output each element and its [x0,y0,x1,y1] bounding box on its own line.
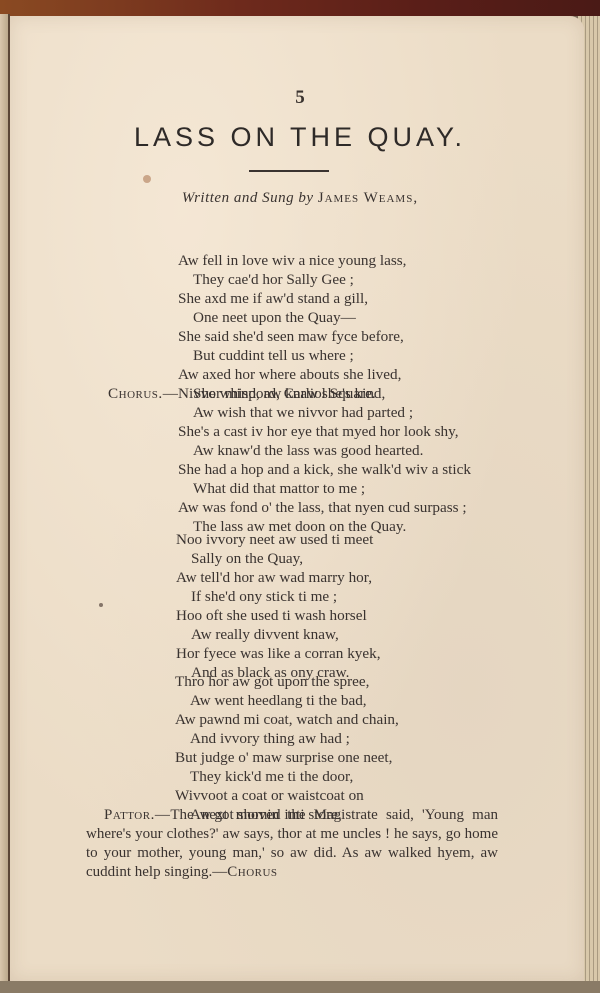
verse-line: Hoo oft she used ti wash horsel [176,606,381,625]
chorus-line: Aw knaw'd the lass was good hearted. [178,441,471,460]
chorus: Nivvor mind, aw knaw she's kind, Aw wish… [178,384,471,536]
patter-paragraph: Pattor.—The next mornin the Magistrate s… [86,806,498,882]
verse-line: They cae'd hor Sally Gee ; [178,270,406,289]
verse-2: Noo ivvory neet aw used ti meet Sally on… [176,530,381,682]
chorus-line: Aw was fond o' the lass, that nyen cud s… [178,498,471,517]
verse-1: Aw fell in love wiv a nice young lass, T… [178,251,406,403]
verse-line: Aw really divvent knaw, [176,625,381,644]
verse-line: But judge o' maw surprise one neet, [175,748,399,767]
book-spine [0,14,10,993]
verse-line: Aw pawnd mi coat, watch and chain, [175,710,399,729]
chorus-line: She had a hop and a kick, she walk'd wiv… [178,460,471,479]
verse-line: Aw went heedlang ti the bad, [175,691,399,710]
book-binding-top [0,0,600,16]
book-bottom-edge [0,981,600,993]
verse-line: Aw axed hor where abouts she lived, [178,365,406,384]
stain-mark [143,175,151,183]
verse-line: If she'd ony stick ti me ; [176,587,381,606]
byline-prefix: Written and Sung by [182,190,314,206]
byline: Written and Sung by James Weams, [0,190,600,207]
author-name: James Weams, [318,190,418,206]
title-divider [249,170,329,172]
verse-line: One neet upon the Quay— [178,308,406,327]
verse-line: Thro hor aw got upon the spree, [175,672,399,691]
page-number: 5 [0,87,600,109]
verse-line: They kick'd me ti the door, [175,767,399,786]
song-title: LASS ON THE QUAY. [0,122,600,153]
verse-line: She said she'd seen maw fyce before, [178,327,406,346]
chorus-label-block: Chorus.— [108,384,178,403]
verse-line: But cuddint tell us where ; [178,346,406,365]
verse-line: Aw tell'd hor aw wad marry hor, [176,568,381,587]
patter-chorus-ref: Chorus [227,864,277,880]
verse-line: Wivvoot a coat or waistcoat on [175,786,399,805]
patter-label: Pattor.— [86,807,170,823]
verse-line: Noo ivvory neet aw used ti meet [176,530,381,549]
verse-line: Hor fyece was like a corran kyek, [176,644,381,663]
chorus-line: What did that mattor to me ; [178,479,471,498]
verse-line: Aw fell in love wiv a nice young lass, [178,251,406,270]
verse-line: She axd me if aw'd stand a gill, [178,289,406,308]
chorus-label: Chorus.— [108,384,178,403]
stain-mark [99,603,103,607]
chorus-line: Aw wish that we nivvor had parted ; [178,403,471,422]
verse-line: And ivvory thing aw had ; [175,729,399,748]
verse-3: Thro hor aw got upon the spree, Aw went … [175,672,399,824]
verse-line: Sally on the Quay, [176,549,381,568]
chorus-line: She's a cast iv hor eye that myed hor lo… [178,422,471,441]
chorus-line: Nivvor mind, aw knaw she's kind, [178,384,471,403]
